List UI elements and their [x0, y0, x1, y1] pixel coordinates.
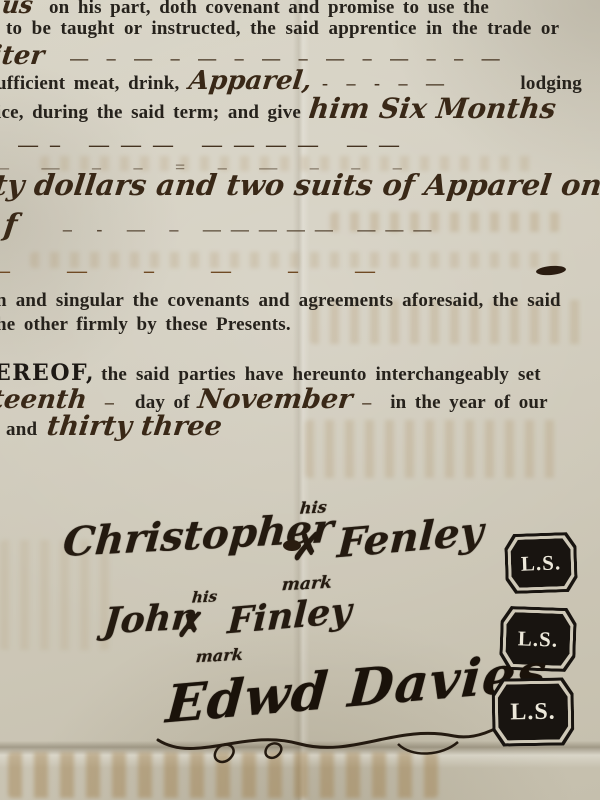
- seal-ls-text: L.S.: [510, 698, 556, 726]
- signature-surname: Finley: [226, 590, 352, 643]
- handwritten-fill-dashes: - – - – —: [322, 73, 451, 94]
- printed-line: ice, during the said term; and give: [0, 102, 301, 124]
- printed-line: the said parties have hereunto interchan…: [101, 364, 541, 386]
- printed-line: he other firmly by these Presents.: [0, 314, 291, 336]
- showthrough-patch: [305, 420, 560, 478]
- fill-dash: –: [362, 392, 378, 413]
- handwritten-six-months: him Six Months: [307, 92, 558, 125]
- seal-ls-text: L.S.: [520, 550, 561, 576]
- handwritten-word-cut: us: [0, 0, 35, 19]
- signature-x-mark: ✗: [175, 605, 205, 644]
- printed-and: and: [6, 419, 37, 441]
- seal-ls: L.S.: [504, 532, 578, 594]
- document-photo: us on his part, doth covenant and promis…: [0, 0, 600, 800]
- handwritten-fill-dashes: – — – — – —: [0, 260, 401, 283]
- printed-whereof-bold: EREOF,: [0, 360, 95, 386]
- signature-mark-label: mark: [195, 645, 244, 666]
- signature-flourish: [148, 714, 518, 770]
- signature-his-label: his: [191, 587, 218, 606]
- printed-year-phrase: in the year of our: [390, 392, 548, 414]
- handwritten-descender: f: [2, 208, 19, 243]
- fill-dash: –: [105, 392, 121, 413]
- printed-line: to be taught or instructed, the said app…: [6, 18, 559, 40]
- ink-blot: [283, 540, 301, 551]
- printed-line: n and singular the covenants and agreeme…: [0, 290, 561, 312]
- printed-line: on his part, doth covenant and promise t…: [49, 0, 489, 19]
- handwritten-fill-dashes: —– ——— ———— ——: [18, 134, 411, 157]
- handwritten-year-words: thirty three: [45, 411, 224, 442]
- signature-his-label: his: [299, 497, 328, 517]
- handwritten-consideration: ty dollars and two suits of Apparel one: [0, 168, 600, 202]
- seal-ls: L.S.: [491, 677, 574, 746]
- handwritten-fill-dashes: – - — – ————— ———: [63, 219, 442, 240]
- signature-surname: Fenley: [336, 508, 484, 567]
